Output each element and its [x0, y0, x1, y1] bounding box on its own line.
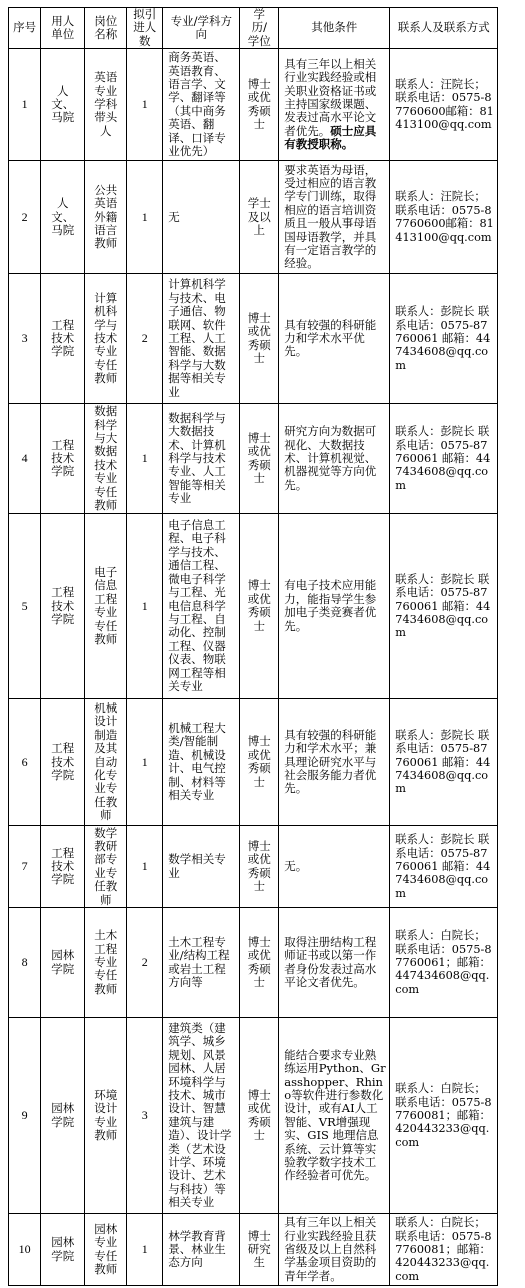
cell-conditions: 具有较强的科研能力和学术水平；兼具理论研究水平与社会服务能力者优先。 — [279, 699, 390, 826]
cell-major: 建筑类（建筑学、城乡规划、风景园林、人居环境科学与技术、城市设计、智慧建筑与建造… — [163, 1018, 240, 1214]
table-row: 2 人文、马院 公共英语外籍语言教师 1 无 学士及以上 要求英语为母语，受过相… — [9, 161, 498, 274]
cell-major: 数学相关专业 — [163, 826, 240, 908]
cell-count: 3 — [127, 1018, 163, 1214]
cell-contact: 联系人：彭院长 联系电话：0575-87760061 邮箱：447434608@… — [390, 699, 498, 826]
table-row: 6 工程技术学院 机械设计制造及其自动化专业专任教师 1 机械工程大类/智能制造… — [9, 699, 498, 826]
cell-contact: 联系人：白院长；联系电话：0575-87760081；邮箱：420443233@… — [390, 1214, 498, 1286]
cell-unit: 园林学院 — [41, 1214, 85, 1286]
cell-unit: 工程技术学院 — [41, 514, 85, 699]
cell-no: 3 — [9, 274, 41, 404]
recruitment-table: 序号 用人单位 岗位名称 拟引进人数 专业/学科方向 学历/学位 其他条件 联系… — [8, 7, 498, 1286]
cell-position: 机械设计制造及其自动化专业专任教师 — [85, 699, 127, 826]
header-no: 序号 — [9, 8, 41, 49]
table-row: 5 工程技术学院 电子信息工程专业专任教师 1 电子信息工程、电子科学与技术、通… — [9, 514, 498, 699]
cell-no: 5 — [9, 514, 41, 699]
cell-count: 1 — [127, 1214, 163, 1286]
cell-no: 8 — [9, 908, 41, 1018]
cell-no: 4 — [9, 404, 41, 514]
cell-conditions: 具有三年以上相关行业实践经验且获省级及以上自然科学基金项目资助的青年学者。 — [279, 1214, 390, 1286]
cell-major: 无 — [163, 161, 240, 274]
table-row: 1 人文、马院 英语专业学科带头人 1 商务英语、英语教育、语言学、文学、翻译等… — [9, 49, 498, 161]
cell-count: 2 — [127, 274, 163, 404]
cell-degree: 博士或优秀硕士 — [240, 908, 279, 1018]
header-position: 岗位名称 — [85, 8, 127, 49]
cell-count: 1 — [127, 826, 163, 908]
table-row: 8 园林学院 土木工程专业专任教师 2 土木工程专业/结构工程或岩土工程方向等 … — [9, 908, 498, 1018]
cell-position: 英语专业学科带头人 — [85, 49, 127, 161]
cell-count: 1 — [127, 514, 163, 699]
cell-count: 1 — [127, 161, 163, 274]
cell-position: 计算机科学与技术专业专任教师 — [85, 274, 127, 404]
header-unit: 用人单位 — [41, 8, 85, 49]
cell-degree: 博士或优秀硕士 — [240, 514, 279, 699]
cell-count: 1 — [127, 404, 163, 514]
cell-no: 10 — [9, 1214, 41, 1286]
cell-conditions: 具有较强的科研能力和学术水平优先。 — [279, 274, 390, 404]
cell-conditions: 具有三年以上相关行业实践经验或相关职业资格证书或主持国家级课题、发表过高水平论文… — [279, 49, 390, 161]
cell-no: 2 — [9, 161, 41, 274]
header-count: 拟引进人数 — [127, 8, 163, 49]
cell-no: 7 — [9, 826, 41, 908]
cell-no: 9 — [9, 1018, 41, 1214]
cell-position: 数据科学与大数据技术专业专任教师 — [85, 404, 127, 514]
header-contact: 联系人及联系方式 — [390, 8, 498, 49]
cell-conditions: 要求英语为母语，受过相应的语言教学专门训练，取得相应的语言培训资质且一般从事母语… — [279, 161, 390, 274]
cell-unit: 工程技术学院 — [41, 274, 85, 404]
cell-conditions: 无。 — [279, 826, 390, 908]
cell-major: 机械工程大类/智能制造、机械设计、电气控制、材料等相关专业 — [163, 699, 240, 826]
cell-unit: 工程技术学院 — [41, 826, 85, 908]
cell-degree: 学士及以上 — [240, 161, 279, 274]
cell-conditions: 取得注册结构工程师证书或以第一作者身份发表过高水平论文者优先。 — [279, 908, 390, 1018]
cell-degree: 博士或优秀硕士 — [240, 274, 279, 404]
header-major: 专业/学科方向 — [163, 8, 240, 49]
cell-position: 园林专业专任教师 — [85, 1214, 127, 1286]
cell-contact: 联系人：汪院长；联系电话：0575-87760600邮箱：81413100@qq… — [390, 49, 498, 161]
header-row: 序号 用人单位 岗位名称 拟引进人数 专业/学科方向 学历/学位 其他条件 联系… — [9, 8, 498, 49]
header-conditions: 其他条件 — [279, 8, 390, 49]
cell-contact: 联系人：彭院长 联系电话：0575-87760061 邮箱：447434608@… — [390, 404, 498, 514]
cell-conditions: 能结合要求专业熟练运用Python、Grasshopper、Rhino等软件进行… — [279, 1018, 390, 1214]
cell-degree: 博士或优秀硕士 — [240, 1018, 279, 1214]
cell-no: 1 — [9, 49, 41, 161]
cell-contact: 联系人：白院长；联系电话：0575-87760081；邮箱：420443233@… — [390, 1018, 498, 1214]
cell-contact: 联系人：汪院长；联系电话：0575-87760600邮箱：81413100@qq… — [390, 161, 498, 274]
cell-unit: 工程技术学院 — [41, 404, 85, 514]
cell-degree: 博士或优秀硕士 — [240, 404, 279, 514]
cell-contact: 联系人：彭院长 联系电话：0575-87760061 邮箱：447434608@… — [390, 514, 498, 699]
cell-position: 电子信息工程专业专任教师 — [85, 514, 127, 699]
table-row: 10 园林学院 园林专业专任教师 1 林学教育背景、林业生态方向 博士研究生 具… — [9, 1214, 498, 1286]
table-row: 3 工程技术学院 计算机科学与技术专业专任教师 2 计算机科学与技术、电子通信、… — [9, 274, 498, 404]
cell-major: 商务英语、英语教育、语言学、文学、翻译等（其中商务英语、翻译、口译专业优先） — [163, 49, 240, 161]
cell-no: 6 — [9, 699, 41, 826]
cell-position: 数学教研部专业专任教师 — [85, 826, 127, 908]
cell-unit: 人文、马院 — [41, 49, 85, 161]
cell-contact: 联系人：白院长；联系电话：0575-87760061；邮箱：447434608@… — [390, 908, 498, 1018]
table-row: 4 工程技术学院 数据科学与大数据技术专业专任教师 1 数据科学与大数据技术、计… — [9, 404, 498, 514]
table-row: 9 园林学院 环境设计专业教师 3 建筑类（建筑学、城乡规划、风景园林、人居环境… — [9, 1018, 498, 1214]
cell-degree: 博士或优秀硕士 — [240, 49, 279, 161]
cell-major: 林学教育背景、林业生态方向 — [163, 1214, 240, 1286]
cell-major: 土木工程专业/结构工程或岩土工程方向等 — [163, 908, 240, 1018]
cell-conditions: 有电子技术应用能力，能指导学生参加电子类竞赛者优先。 — [279, 514, 390, 699]
cell-count: 1 — [127, 699, 163, 826]
cell-unit: 园林学院 — [41, 908, 85, 1018]
cell-position: 环境设计专业教师 — [85, 1018, 127, 1214]
cell-count: 2 — [127, 908, 163, 1018]
cell-unit: 园林学院 — [41, 1018, 85, 1214]
cell-unit: 工程技术学院 — [41, 699, 85, 826]
cell-contact: 联系人：彭院长 联系电话：0575-87760061 邮箱：447434608@… — [390, 826, 498, 908]
cell-position: 公共英语外籍语言教师 — [85, 161, 127, 274]
cell-major: 计算机科学与技术、电子通信、物联网、软件工程、人工智能、数据科学与大数据等相关专… — [163, 274, 240, 404]
cell-position: 土木工程专业专任教师 — [85, 908, 127, 1018]
header-degree: 学历/学位 — [240, 8, 279, 49]
cell-degree: 博士或优秀硕士 — [240, 826, 279, 908]
cell-degree: 博士或优秀硕士 — [240, 699, 279, 826]
cell-major: 数据科学与大数据技术、计算机科学与技术专业、人工智能等相关专业 — [163, 404, 240, 514]
cell-degree: 博士研究生 — [240, 1214, 279, 1286]
cell-count: 1 — [127, 49, 163, 161]
cell-contact: 联系人：彭院长 联系电话：0575-87760061 邮箱：447434608@… — [390, 274, 498, 404]
table-row: 7 工程技术学院 数学教研部专业专任教师 1 数学相关专业 博士或优秀硕士 无。… — [9, 826, 498, 908]
cell-conditions: 研究方向为数据可视化、大数据技术、计算机视觉、机器视觉等方向优先。 — [279, 404, 390, 514]
cell-major: 电子信息工程、电子科学与技术、通信工程、微电子科学与工程、光电信息科学与工程、自… — [163, 514, 240, 699]
cell-unit: 人文、马院 — [41, 161, 85, 274]
